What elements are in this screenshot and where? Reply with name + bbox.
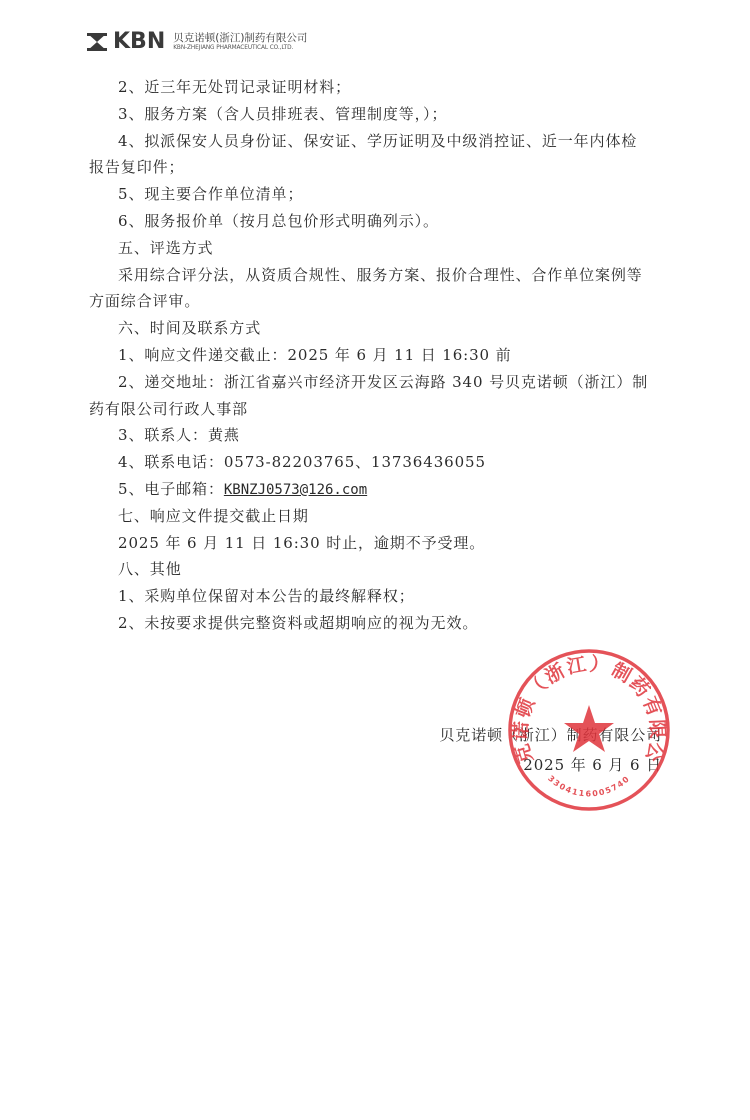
email-link[interactable]: KBNZJ0573@126.com [224,482,367,498]
body-line: 2、未按要求提供完整资料或超期响应的视为无效。 [89,610,663,637]
body-line: 2、近三年无处罚记录证明材料； [89,74,663,101]
body-line: 报告复印件； [89,154,663,181]
body-line: 方面综合评审。 [89,288,663,315]
section-heading: 五、评选方式 [89,235,663,262]
signature-date: 2025 年 6 月 6 日 [439,750,662,780]
email-label: 5、电子邮箱： [118,480,224,498]
section-heading: 六、时间及联系方式 [89,315,663,342]
signature-block: 贝克诺顿（浙江）制药有限公司 2025 年 6 月 6 日 [439,720,662,780]
document-body: 2、近三年无处罚记录证明材料； 3、服务方案（含人员排班表、管理制度等，）； 4… [89,74,663,637]
body-line: 4、联系电话：0573-82203765、13736436055 [89,449,663,476]
body-line: 1、响应文件递交截止：2025 年 6 月 11 日 16:30 前 [89,342,663,369]
company-name-en: KBN-ZHEJIANG PHARMACEUTICAL CO.,LTD. [173,44,307,52]
letterhead: KBN 贝克诺顿(浙江)制药有限公司 KBN-ZHEJIANG PHARMACE… [86,28,307,56]
kbn-logo-icon [86,32,108,52]
body-line: 药有限公司行政人事部 [89,396,663,423]
body-line: 6、服务报价单（按月总包价形式明确列示）。 [89,208,663,235]
body-line: 3、服务方案（含人员排班表、管理制度等，）； [89,101,663,128]
body-line: 4、拟派保安人员身份证、保安证、学历证明及中级消控证、近一年内体检 [89,128,663,155]
logo-text: KBN [113,32,165,52]
company-name-block: 贝克诺顿(浙江)制药有限公司 KBN-ZHEJIANG PHARMACEUTIC… [173,32,307,52]
body-line: 3、联系人：黄燕 [89,422,663,449]
body-line: 1、采购单位保留对本公告的最终解释权； [89,583,663,610]
body-line: 2025 年 6 月 11 日 16:30 时止，逾期不予受理。 [89,530,663,557]
section-heading: 八、其他 [89,556,663,583]
email-line: 5、电子邮箱：KBNZJ0573@126.com [89,476,663,503]
signature-company: 贝克诺顿（浙江）制药有限公司 [439,720,662,750]
company-name-cn: 贝克诺顿(浙江)制药有限公司 [173,32,307,44]
body-line: 采用综合评分法，从资质合规性、服务方案、报价合理性、合作单位案例等 [89,262,663,289]
section-heading: 七、响应文件提交截止日期 [89,503,663,530]
body-line: 2、递交地址：浙江省嘉兴市经济开发区云海路 340 号贝克诺顿（浙江）制 [89,369,663,396]
body-line: 5、现主要合作单位清单； [89,181,663,208]
